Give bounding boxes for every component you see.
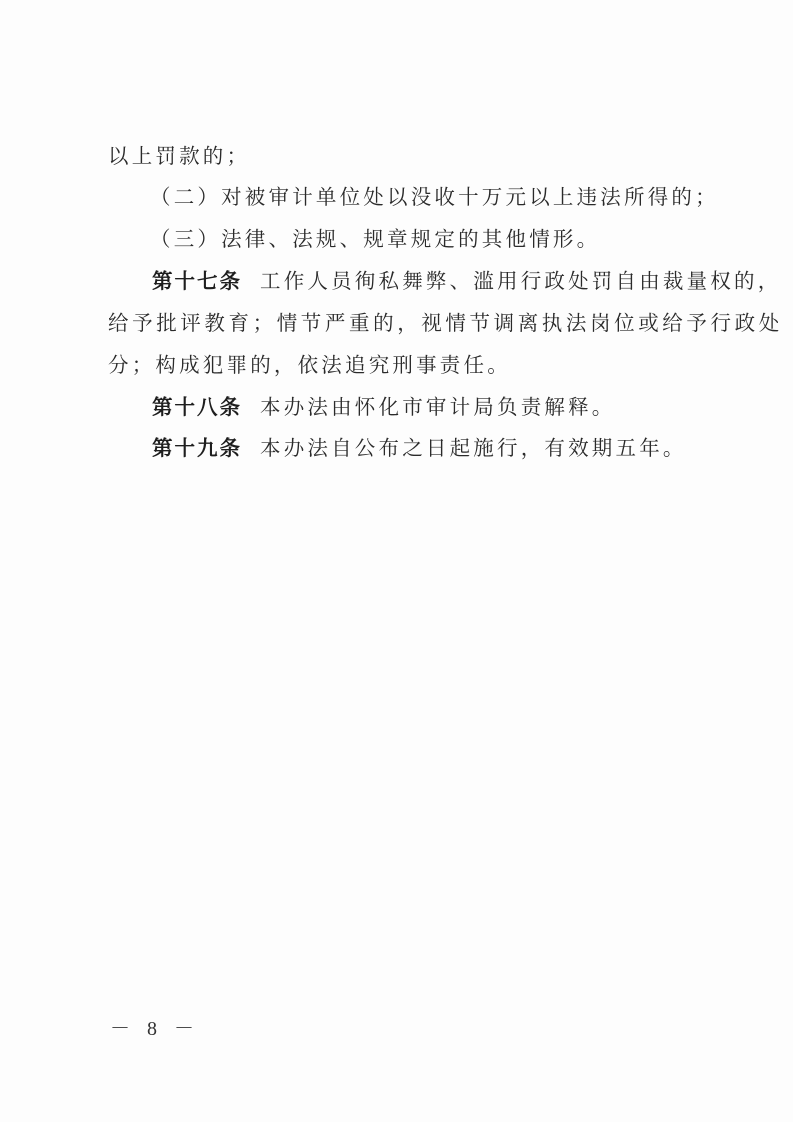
article-17-line-2: 给予批评教育；情节严重的，视情节调离执法岗位或给予行政处: [108, 309, 783, 337]
article-17: 第十七条工作人员徇私舞弊、滥用行政处罚自由裁量权的，: [152, 267, 781, 295]
list-item-2: （二）对被审计单位处以没收十万元以上违法所得的；: [150, 183, 719, 211]
article-19: 第十九条本办法自公布之日起施行，有效期五年。: [152, 434, 687, 462]
article-17-line-3: 分；构成犯罪的，依法追究刑事责任。: [108, 351, 511, 379]
list-item-3: （三）法律、法规、规章规定的其他情形。: [150, 225, 600, 253]
text-line: 以上罚款的；: [108, 142, 250, 170]
article-text: 本办法由怀化市审计局负责解释。: [260, 395, 616, 419]
article-text: 本办法自公布之日起施行，有效期五年。: [260, 436, 687, 460]
article-text: 工作人员徇私舞弊、滥用行政处罚自由裁量权的，: [260, 269, 781, 293]
article-heading: 第十九条: [152, 436, 242, 460]
page-number: － 8 －: [110, 1012, 200, 1041]
article-heading: 第十七条: [152, 269, 242, 293]
article-heading: 第十八条: [152, 395, 242, 419]
document-page: 以上罚款的； （二）对被审计单位处以没收十万元以上违法所得的； （三）法律、法规…: [0, 0, 793, 1122]
article-18: 第十八条本办法由怀化市审计局负责解释。: [152, 393, 616, 421]
